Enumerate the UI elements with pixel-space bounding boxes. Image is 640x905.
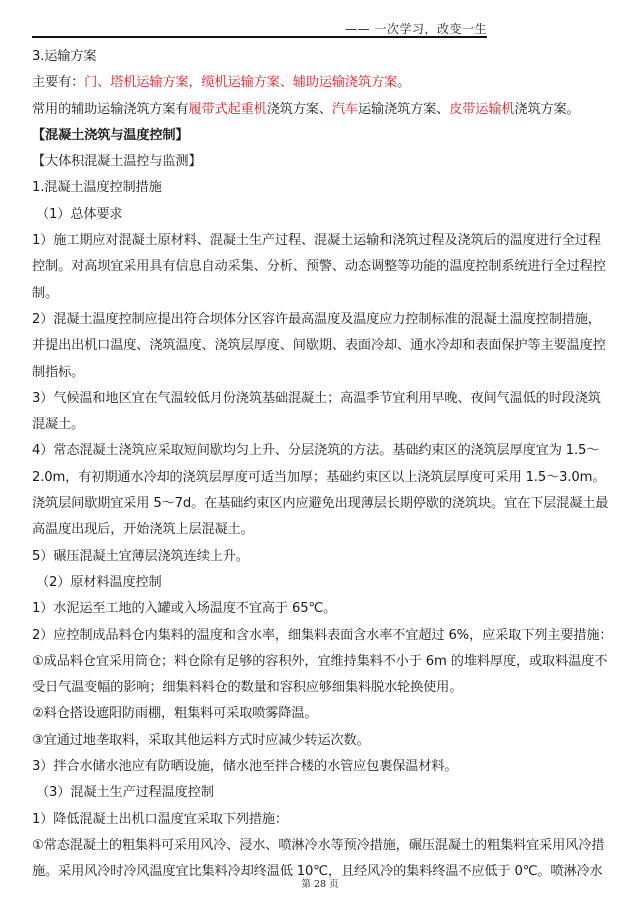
- heading-mass-concrete: 【大体积混凝土温控与监测】: [32, 149, 608, 175]
- paragraph-line: 3）气候温和地区宜在气温较低月份浇筑基础混凝土；高温季节宜利用早晚、夜间气温低的…: [32, 386, 608, 412]
- page-number: 第 28 页: [0, 876, 640, 890]
- paragraph-line: 1）施工期应对混凝土原材料、混凝土生产过程、混凝土运输和浇筑过程及浇筑后的温度进…: [32, 228, 608, 254]
- paragraph-line: ③宜通过地垄取料，采取其他运料方式时应减少转运次数。: [32, 728, 608, 754]
- main-prefix: 主要有：: [32, 75, 84, 90]
- heading-pouring-temp-control: 【混凝土浇筑与温度控制】: [32, 123, 608, 149]
- paragraph-line: 1）水泥运至工地的入罐或入场温度不宜高于 65℃。: [32, 596, 608, 622]
- aux-highlight-truck: 汽车: [332, 102, 358, 117]
- paragraph-line: 2）应控制成品料仓内集料的温度和含水率，细集料表面含水率不宜超过 6%，应采取下…: [32, 623, 608, 649]
- subheading-raw-materials: （2）原材料温度控制: [32, 570, 608, 596]
- header-motto: —— 一次学习，改变一生: [345, 20, 487, 37]
- aux-schemes-line: 常用的辅助运输浇筑方案有履带式起重机浇筑方案、汽车运输浇筑方案、皮带运输机浇筑方…: [32, 97, 608, 123]
- paragraph-line: 1）降低混凝土出机口温度宜采取下列措施：: [32, 807, 608, 833]
- paragraph-line: 2）混凝土温度控制应提出符合坝体分区容许最高温度及温度应力控制标准的混凝土温度控…: [32, 307, 608, 333]
- paragraph-line: 受日气温变幅的影响；细集料料仓的数量和容积应够细集料脱水轮换使用。: [32, 675, 608, 701]
- paragraph-line: 控制。对高坝宜采用具有信息自动采集、分析、预警、动态调整等功能的温度控制系统进行…: [32, 254, 608, 280]
- paragraph-line: 制指标。: [32, 360, 608, 386]
- paragraph-line: 4）常态混凝土浇筑应采取短间歇均匀上升、分层浇筑的方法。基础约束区的浇筑层厚度宜…: [32, 438, 608, 464]
- paragraph-line: 2.0m，有初期通水冷却的浇筑层厚度可适当加厚；基础约束区以上浇筑层厚度可采用 …: [32, 465, 608, 491]
- paragraph-line: 混凝土。: [32, 412, 608, 438]
- heading-temp-measures: 1.混凝土温度控制措施: [32, 175, 608, 201]
- aux-highlight-crawler-crane: 履带式起重机: [188, 102, 266, 117]
- main-schemes-line: 主要有：门、塔机运输方案，缆机运输方案、辅助运输浇筑方案。: [32, 70, 608, 96]
- aux-text: 浇筑方案、: [267, 102, 332, 117]
- section-title: 3.运输方案: [32, 44, 608, 70]
- aux-text: 运输浇筑方案、: [358, 102, 449, 117]
- paragraph-line: ①成品料仓宜采用筒仓；料仓除有足够的容积外，宜维持集料不小于 6m 的堆料厚度，…: [32, 649, 608, 675]
- paragraph-line: 高温度出现后，开始浇筑上层混凝土。: [32, 517, 608, 543]
- paragraph-line: ②料仓搭设遮阳防雨棚，粗集料可采取喷雾降温。: [32, 701, 608, 727]
- document-body: 3.运输方案 主要有：门、塔机运输方案，缆机运输方案、辅助运输浇筑方案。 常用的…: [32, 44, 608, 886]
- paragraph-line: 5）碾压混凝土宜薄层浇筑连续上升。: [32, 544, 608, 570]
- main-schemes-highlight: 门、塔机运输方案，缆机运输方案、辅助运输浇筑方案: [84, 75, 397, 90]
- paragraph-line: 浇筑层间歇期宜采用 5～7d。在基础约束区内应避免出现薄层长期停歇的浇筑块。宜在…: [32, 491, 608, 517]
- page-header: —— 一次学习，改变一生: [32, 18, 487, 38]
- subheading-general: （1）总体要求: [32, 202, 608, 228]
- subheading-production: （3）混凝土生产过程温度控制: [32, 780, 608, 806]
- paragraph-line: 制。: [32, 281, 608, 307]
- aux-text: 常用的辅助运输浇筑方案有: [32, 102, 188, 117]
- paragraph-line: 并提出出机口温度、浇筑温度、浇筑层厚度、间歇期、表面冷却、通水冷却和表面保护等主…: [32, 333, 608, 359]
- aux-text: 浇筑方案。: [514, 102, 579, 117]
- aux-highlight-belt-conveyor: 皮带运输机: [449, 102, 514, 117]
- paragraph-line: 3）拌合水储水池应有防晒设施，储水池至拌合楼的水管应包裹保温材料。: [32, 754, 608, 780]
- paragraph-line: ①常态混凝土的粗集料可采用风冷、浸水、喷淋冷水等预冷措施，碾压混凝土的粗集料宜采…: [32, 833, 608, 859]
- main-suffix: 。: [397, 75, 410, 90]
